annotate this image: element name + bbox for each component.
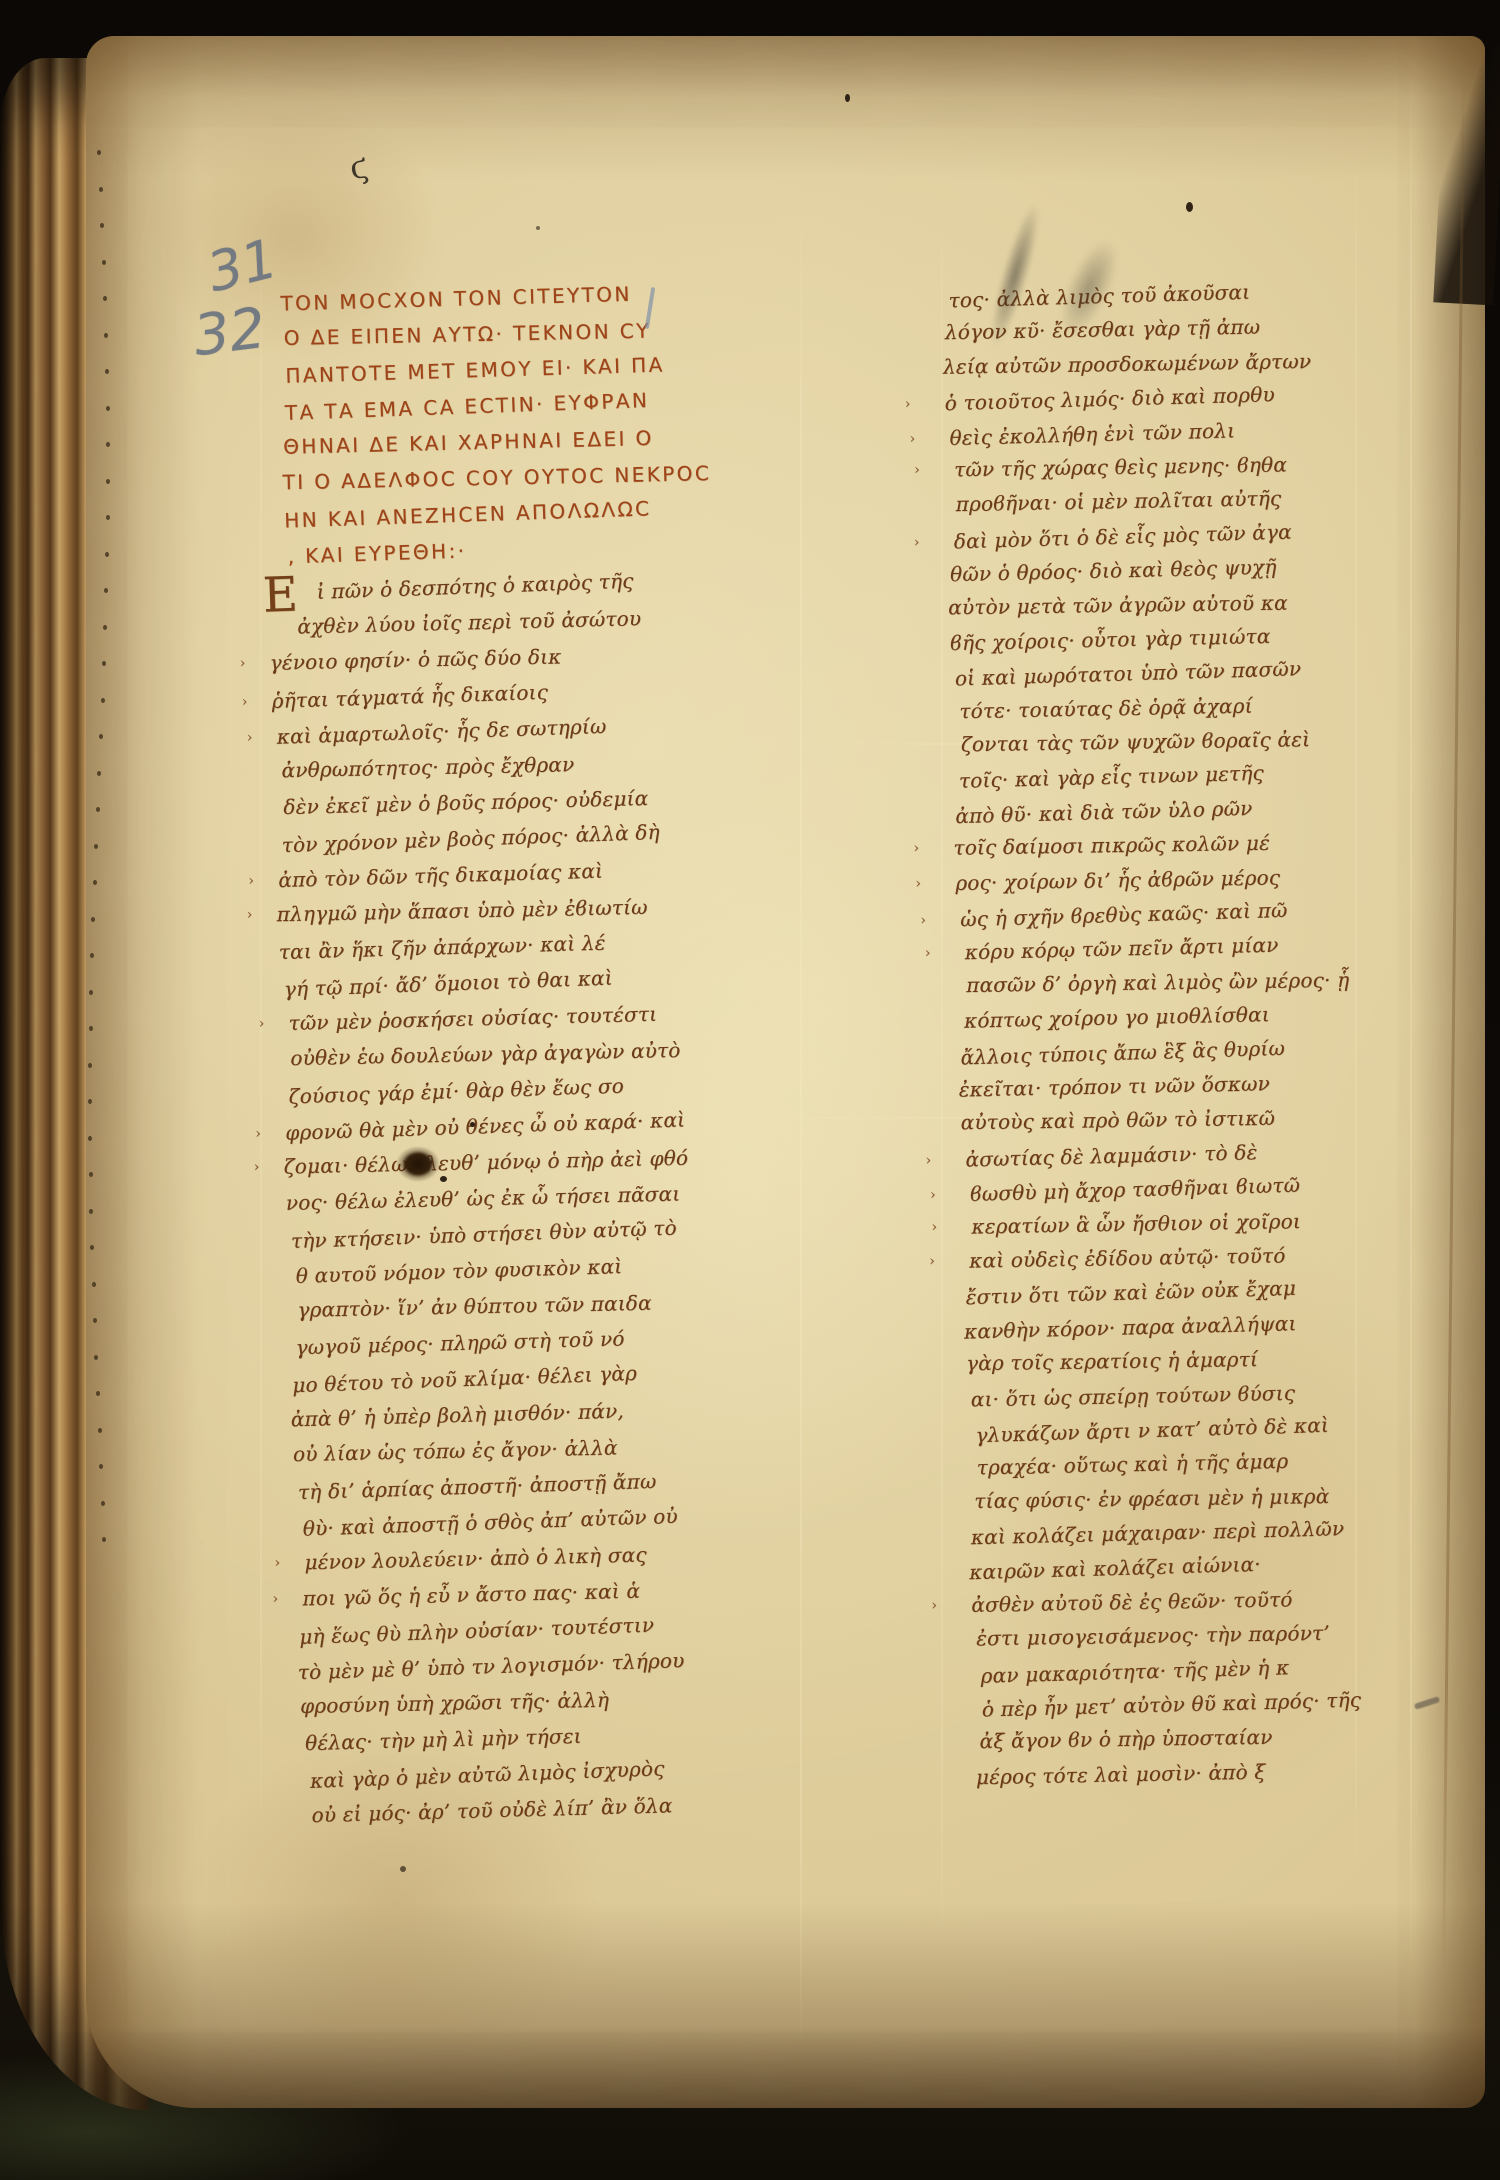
line-text: ζομαι· θέλω ἐλευθ’ μόνῳ ὁ πὴρ ἀεὶ φθό [283,1146,688,1179]
line-text: οὐ λίαν ὡς τόπω ἐς ἄγον· ἀλλὰ [293,1435,618,1466]
line-text: τῶν τῆς χώρας θεὶς μενης· ϐηθα [954,452,1287,481]
line-text: μένον λουλεύειν· ἀπὸ ὁ λικὴ σας [304,1543,647,1575]
line-text: αὐτὸν μετὰ τῶν ἀγρῶν αὐτοῦ κα [948,590,1288,619]
line-text: ἀξ ἄγον ϐν ὁ πὴρ ὑποσταίαν [979,1725,1272,1753]
line-text: γλυκάζων ἄρτι ν κατ’ αὐτὸ δὲ καὶ [975,1413,1329,1447]
pricking-hole [106,479,110,484]
line-text: λείᾳ αὐτῶν προσδοκωμένων ἄρτων [943,349,1312,379]
diple-quotation-mark: › [920,903,927,938]
pricking-hole [103,296,107,301]
pricking-hole [102,260,106,265]
pricking-hole [89,1026,93,1031]
line-text: ζούσιος γάρ ἐμί· θὰρ θὲν ἕως σο [288,1074,624,1109]
line-text: ὡς ἡ σχῆν ϐρεθὺς καῶς· καὶ πῶ [960,898,1288,931]
diple-quotation-mark: › [913,525,920,560]
line-text: θέλας· τὴν μὴ λὶ μὴν τήσει [305,1724,582,1755]
line-text: μο θέτου τὸ νοῦ κλίμα· θέλει γὰρ [292,1361,637,1397]
line-text: ἀχθὲν λύου ἰοῖς περὶ τοῦ ἀσώτου [297,606,641,638]
line-text: θὺ· καὶ ἀποστῇ ὁ σθὸς ἀπ’ αὐτῶν οὐ [302,1504,678,1541]
line-text: αι· ὅτι ὡς σπείρῃ τούτων ϐύσις [971,1380,1296,1411]
line-text: ἔστιν ὅτι τῶν καὶ ἑῶν οὐκ ἔχαμ [965,1276,1296,1309]
diple-quotation-mark: › [241,684,248,720]
diple-quotation-mark: › [274,1545,281,1581]
line-text: γραπτὸν· ἵν’ ἀν θύπτου τῶν παιδα [297,1291,652,1322]
speck [536,226,540,230]
diple-quotation-mark: › [925,1143,932,1178]
diple-quotation-mark: › [272,1581,279,1617]
line-text: φρονῶ θὰ μὲν οὐ θένες ὦ οὐ καρά· καὶ [285,1107,686,1144]
pricking-hole [89,1172,93,1177]
margin-number-pencil-32: 32 [190,296,269,369]
line-text: φροσύνη ὑπὴ χρῶσι τῆς· ἀλλὴ [300,1688,609,1718]
line-text: πασῶν δ’ ὀργὴ καὶ λιμὸς ὢν μέρος· ᾗ [966,968,1349,997]
rubric-uncial-block: ΤΟΝ ΜΟCΧΟΝ ΤΟΝ CΙΤΕΥΤΟΝΟ ΔΕ ΕΙΠΕΝ ΑΥΤΩ· … [264,275,676,574]
line-text: πληγμῶ μὴν ἅπασι ὑπὸ μὲν ἐϐιωτίω [276,895,647,926]
pricking-hole [89,990,93,995]
pricking-hole [96,807,100,812]
line-text: τότε· τοιαύτας δὲ ὁρᾷ ἀχαρί [959,693,1253,723]
line-text: ὁ πὲρ ἦν μετ’ αὐτὸν θῦ καὶ πρός· τῆς [982,1688,1362,1722]
line-text: καὶ γὰρ ὁ μὲν αὐτῶ λιμὸς ἰσχυρὸς [310,1756,665,1793]
ruling-line-vertical [1410,70,1412,1980]
pricking-hole [105,369,109,374]
commentary-minuscule-left: ἰ πῶν ὁ δεσπότης ὁ καιρὸς τῆςΕἀχθὲν λύου… [272,563,711,1834]
diple-quotation-mark: › [909,421,916,456]
pricking-hole [98,1428,102,1433]
diple-quotation-mark: › [246,720,253,756]
pricking-hole [106,406,110,411]
line-text: ϐωσθὺ μὴ ἄχορ τασθῆναι ϐιωτῶ [970,1173,1301,1206]
line-text: γή τῷ πρί· ἄδ’ ὅμοιοι τὸ θαι καὶ [283,966,613,1002]
diple-quotation-mark: › [904,387,911,422]
pricking-hole [88,1136,92,1141]
pricking-hole [101,698,105,703]
diple-quotation-mark: › [258,1006,265,1042]
pricking-hole [99,187,103,192]
pricking-hole [97,150,101,155]
line-text: ῥῆται τάγματά ἧς δικαίοις [271,680,548,713]
line-text: ἀσθὲν αὐτοῦ δὲ ἐς θεῶν· τοῦτό [971,1587,1293,1617]
line-text: ραν μακαριότητα· τῆς μὲν ἡ κ [980,1655,1289,1688]
commentary-minuscule-right: τος· ἀλλὰ λιμὸς τοῦ ἀκοῦσαιλόγον κῦ· ἔσε… [946,273,1399,1795]
line-text: ἀσωτίας δὲ λαμμάσιν· τὸ δὲ [965,1140,1258,1171]
line-text: τίας φύσις· ἐν φρέασι μὲν ἡ μικρὰ [974,1484,1329,1513]
line-text: κερατίων ἃ ὧν ἤσθιον οἱ χοῖροι [971,1209,1301,1238]
line-text: ἀπὰ θ’ ἡ ὑπὲρ βολὴ μισθόν· πάν, [290,1399,624,1432]
diple-quotation-mark: › [931,1210,937,1244]
ruling-line-vertical [800,200,802,2050]
manuscript-photograph: 31 32 ΤΟΝ ΜΟCΧΟΝ ΤΟΝ CΙΤΕΥΤΟΝΟ ΔΕ ΕΙΠΕΝ … [0,0,1500,2180]
line-text: τοῖς· καὶ γὰρ εἷς τινων μετῆς [959,761,1265,793]
pricking-hole [105,552,109,557]
line-text: κανθὴν κόρον· παρα ἀναλλήψαι [964,1311,1297,1343]
line-text: θῶν ὁ θρόος· διὸ καὶ θεὸς ψυχῇ [950,555,1277,587]
pricking-hole [106,442,110,447]
pricking-hole [88,1063,92,1068]
ruling-line-vertical [941,200,943,1960]
pricking-hole [93,880,97,885]
diple-quotation-mark: › [246,897,253,933]
line-text: ἄλλοις τύποις ἄπω ἓξ ἃς θυρίω [960,1035,1285,1069]
right-text-column: τος· ἀλλὰ λιμὸς τοῦ ἀκοῦσαιλόγον κῦ· ἔσε… [946,273,1399,1795]
pricking-hole [93,1318,97,1323]
speck [845,94,850,102]
line-text: ἀπὸ τὸν δῶν τῆς δικαμοίας καὶ [278,859,603,892]
diple-quotation-mark: › [255,1116,262,1152]
diple-quotation-mark: › [253,1149,260,1185]
pricking-hole [101,1501,105,1506]
speck [470,1122,475,1127]
pricking-hole [94,844,98,849]
pricking-hole [88,1099,92,1104]
line-text: μὴ ἕως θὺ πλὴν οὐσίαν· τουτέστιν [299,1613,655,1649]
left-text-column: ΤΟΝ ΜΟCΧΟΝ ΤΟΝ CΙΤΕΥΤΟΝΟ ΔΕ ΕΙΠΕΝ ΑΥΤΩ· … [264,275,711,1834]
line-text: νος· θέλω ἐλευθ’ ὡς ἐκ ὧ τήσει πᾶσαι [286,1182,681,1215]
diple-quotation-mark: › [915,866,921,901]
line-text: προϐῆναι· οἱ μὲν πολῖται αὐτῆς [955,486,1281,516]
diple-quotation-mark: › [924,936,931,971]
line-text: θεὶς ἐκολλήθη ἑνὶ τῶν πολι [949,418,1235,450]
line-text: τὸ μὲν μὲ θ’ ὑπὸ τν λογισμόν· τλήρου [297,1648,684,1684]
line-text: ἀνθρωπότητος· πρὸς ἔχθραν [281,752,574,782]
line-text: δὲν ἐκεῖ μὲν ὁ βοῦς πόρος· οὐδεμία [283,786,649,819]
line-text: ρος· χοίρων δι’ ἧς ἀϐρῶν μέρος [955,865,1280,895]
line-text: αὐτοὺς καὶ πρὸ θῶν τὸ ἰστικῶ [960,1106,1275,1135]
line-text: μέρος τότε λαὶ μοσὶν· ἀπὸ ξ [976,1759,1266,1789]
line-text: οὐ εἰ μός· ἀρ’ τοῦ οὐδὲ λίπ’ ἂν ὅλα [311,1793,673,1827]
speck [400,1866,406,1872]
line-text: δαὶ μὸν ὅτι ὁ δὲ εἷς μὸς τῶν ἀγα [953,519,1292,553]
line-text: ἰ πῶν ὁ δεσπότης ὁ καιρὸς τῆς [316,569,634,604]
pricking-hole [103,625,107,630]
line-text: οὐθὲν ἑω δουλεύων γὰρ ἀγαγὼν αὐτὸ [290,1038,681,1070]
line-text: τῶν μὲν ῥοσκήσει οὐσίας· τουτέστι [288,1002,657,1035]
pricking-hole [92,1282,96,1287]
line-text: ται ἂν ἥκι ζῆν ἀπάρχων· καὶ λέ [278,931,605,964]
line-text: κόρυ κόρῳ τῶν πεῖν ἄρτι μίαν [964,933,1278,965]
line-text: γένοιο φησίν· ὁ πῶς δύο δικ [269,644,561,674]
line-text: ποι γῶ ὅς ἡ εὖ ν ἄστο πας· καὶ ἁ [302,1579,640,1611]
line-text: τὴ δι’ ἁρπίας ἀποστῆ· ἀποστῇ ἄπω [298,1469,657,1504]
speck [1186,202,1193,212]
line-text: γὰρ τοῖς κερατίοις ἡ ἁμαρτί [966,1347,1258,1375]
line-text: ὁ τοιοῦτος λιμός· διὸ καὶ πορθυ [944,382,1275,415]
line-text: θ αυτοῦ νόμον τὸν φυσικὸν καὶ [295,1254,622,1288]
speck [440,1176,447,1182]
line-text: καὶ ἁμαρτωλοῖς· ἧς δε σωτηρίω [276,714,606,749]
diple-quotation-mark: › [248,863,255,899]
line-text: γωγοῦ μέρος· πληρῶ στὴ τοῦ νό [295,1326,625,1359]
line-text: καὶ οὐδεὶς ἐδίδου αὐτῷ· τοῦτό [969,1243,1286,1272]
diple-quotation-mark: › [929,1244,935,1278]
line-text: οἱ καὶ μωρότατοι ὑπὸ τῶν πασῶν [955,657,1302,691]
line-text: ἀπὸ θῦ· καὶ διὰ τῶν ὑλο ρῶν [955,796,1253,828]
line-text: κόπτως χοίρου γο μιοθλίσθαι [964,1002,1270,1033]
line-text: τοῖς δαίμοσι πικρῶς κολῶν μέ [953,831,1270,860]
line-text: τραχέα· οὕτως καὶ ἡ τῆς ἁμαρ [976,1449,1288,1480]
line-text: ἐστι μισογεισάμενος· τὴν παρόντ’ [976,1621,1330,1651]
diple-quotation-mark: › [239,645,246,681]
pricking-hole [106,515,110,520]
pricking-hole [104,333,108,338]
line-text: ἐκεῖται· τρόπον τι νῶν ὅσκων [958,1071,1270,1101]
line-text: καὶ κολάζει μάχαιραν· περὶ πολλῶν [970,1516,1344,1549]
diple-quotation-mark: › [913,831,919,865]
line-text: καιρῶν καὶ κολάζει αἰώνια· [969,1552,1261,1584]
line-text: ϐῆς χοίροις· οὗτοι γὰρ τιμιώτα [950,624,1271,655]
ink-blot [396,1146,440,1182]
diple-quotation-mark: › [931,1588,937,1623]
diple-quotation-mark: › [914,453,920,487]
line-text: ζονται τὰς τῶν ψυχῶν ϐοραῖς ἀεὶ [961,727,1311,756]
diple-quotation-mark: › [930,1178,937,1213]
